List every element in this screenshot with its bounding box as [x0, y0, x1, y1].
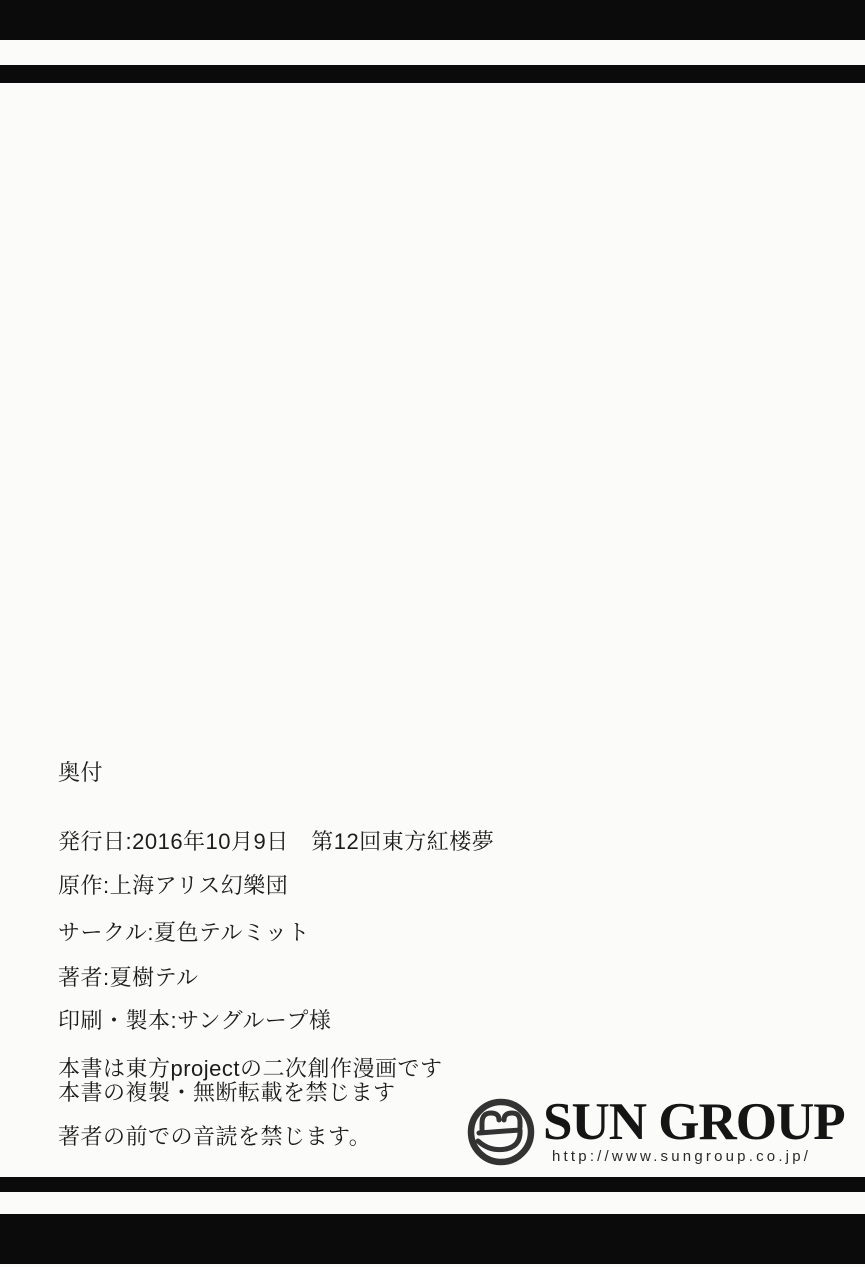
printer-url: http://www.sungroup.co.jp/ — [552, 1148, 811, 1165]
colophon-line-author: 著者:夏樹テル — [58, 965, 199, 990]
printer-name: SUN GROUP — [543, 1096, 845, 1149]
colophon-line-original-work: 原作:上海アリス幻樂団 — [58, 873, 288, 898]
bottom-thick-bar — [0, 1214, 865, 1264]
colophon-line-publish-date: 発行日:2016年10月9日 第12回東方紅楼夢 — [58, 829, 494, 854]
top-thin-bar — [0, 65, 865, 83]
page-title: 奥付 — [58, 760, 103, 785]
colophon-note-no-reproduction: 本書の複製・無断転載を禁じます — [58, 1080, 396, 1105]
printer-logo-block: SUN GROUP http://www.sungroup.co.jp/ — [466, 1094, 836, 1174]
colophon-note-derivative-work: 本書は東方projectの二次創作漫画です — [58, 1056, 443, 1081]
colophon-line-printing: 印刷・製本:サングループ様 — [58, 1008, 331, 1033]
bottom-thin-bar — [0, 1177, 865, 1192]
colophon-page: 奥付 発行日:2016年10月9日 第12回東方紅楼夢 原作:上海アリス幻樂団 … — [0, 0, 865, 1267]
sun-group-logo-icon — [466, 1096, 536, 1168]
colophon-line-circle: サークル:夏色テルミット — [58, 920, 310, 945]
colophon-note-no-reading-aloud: 著者の前での音読を禁じます。 — [58, 1124, 371, 1149]
top-thick-bar — [0, 0, 865, 40]
